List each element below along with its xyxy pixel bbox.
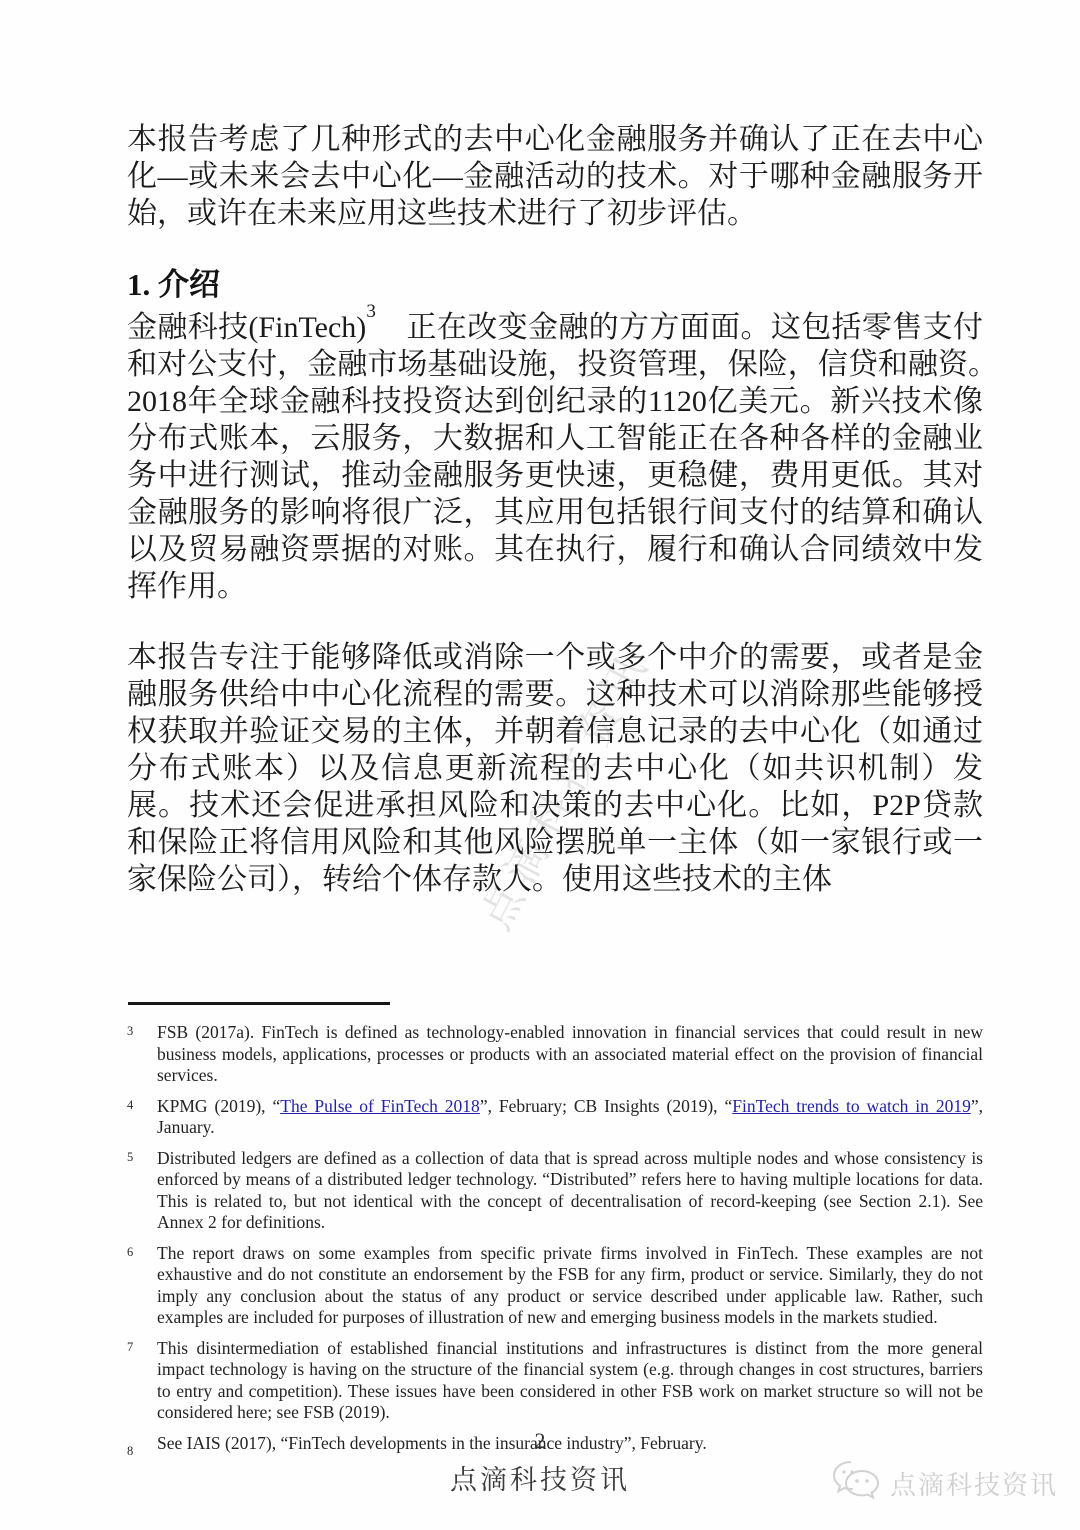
footnote-3: 3 FSB (2017a). FinTech is defined as tec… [127, 1022, 983, 1087]
paragraph-fintech-changing-finance: 金融科技(FinTech)3 正在改变金融的方方面面。这包括零售支付和对公支付，… [127, 309, 983, 605]
section-heading-introduction: 1. 介绍 [127, 259, 220, 304]
footnote-text-segment: KPMG (2019), “ [157, 1096, 280, 1116]
paragraph-rest-text: 正在改变金融的方方面面。这包括零售支付和对公支付，金融市场基础设施，投资管理，保… [127, 311, 1013, 603]
footnote-number: 7 [127, 1338, 157, 1424]
page-number: 2 [0, 1428, 1080, 1454]
footnotes-section: 3 FSB (2017a). FinTech is defined as tec… [127, 1022, 983, 1468]
corner-watermark: 点滴科技资讯 [831, 1460, 1058, 1507]
footnote-number: 4 [127, 1096, 157, 1139]
wechat-logo-icon [831, 1460, 883, 1507]
paragraph-report-focus: 本报告专注于能够降低或消除一个或多个中介的需要，或者是金融服务供给中中心化流程的… [127, 639, 983, 898]
footnote-6: 6 The report draws on some examples from… [127, 1243, 983, 1329]
footnote-reference-3: 3 [366, 301, 376, 322]
footnote-text: Distributed ledgers are defined as a col… [157, 1148, 983, 1234]
footnote-text: KPMG (2019), “The Pulse of FinTech 2018”… [157, 1096, 983, 1139]
footnote-5: 5 Distributed ledgers are defined as a c… [127, 1148, 983, 1234]
footnote-7: 7 This disintermediation of established … [127, 1338, 983, 1424]
footnote-number: 6 [127, 1243, 157, 1329]
paragraph-report-overview: 本报告考虑了几种形式的去中心化金融服务并确认了正在去中心化—或未来会去中心化—金… [127, 121, 983, 232]
footnote-text: FSB (2017a). FinTech is defined as techn… [157, 1022, 983, 1087]
corner-watermark-text: 点滴科技资讯 [890, 1465, 1058, 1502]
link-fintech-trends-2019[interactable]: FinTech trends to watch in 2019 [732, 1096, 971, 1116]
paragraph-lead-text: 金融科技(FinTech) [127, 311, 366, 344]
footnote-text: This disintermediation of established fi… [157, 1338, 983, 1424]
footnote-text-segment: ”, February; CB Insights (2019), “ [480, 1096, 732, 1116]
footnote-number: 3 [127, 1022, 157, 1087]
link-pulse-of-fintech-2018[interactable]: The Pulse of FinTech 2018 [280, 1096, 480, 1116]
footnote-number: 5 [127, 1148, 157, 1234]
footnote-4: 4 KPMG (2019), “The Pulse of FinTech 201… [127, 1096, 983, 1139]
footnote-separator-rule [128, 1002, 390, 1005]
document-page: 点滴科技资讯 本报告考虑了几种形式的去中心化金融服务并确认了正在去中心化—或未来… [0, 0, 1080, 1530]
footnote-text: The report draws on some examples from s… [157, 1243, 983, 1329]
